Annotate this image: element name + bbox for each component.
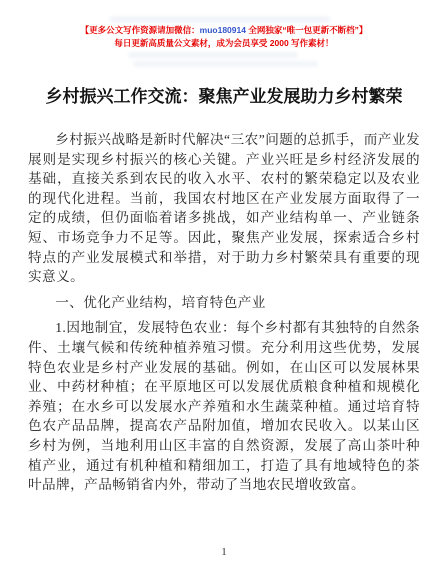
page-number: 1	[0, 546, 448, 558]
promo-header: 【更多公文写作资源请加微信：muo180914 全网独家“唯一包更新不断档”】 …	[0, 24, 448, 50]
faded-watermark-line	[133, 61, 318, 67]
document-page: 【更多公文写作资源请加微信：muo180914 全网独家“唯一包更新不断档”】 …	[0, 0, 448, 580]
promo-header-line1: 【更多公文写作资源请加微信：muo180914 全网独家“唯一包更新不断档”】	[0, 24, 448, 37]
document-body: 乡村振兴战略是新时代解决“三农”问题的总抓手，而产业发展则是实现乡村振兴的核心关…	[28, 130, 420, 501]
paragraph-intro: 乡村振兴战略是新时代解决“三农”问题的总抓手，而产业发展则是实现乡村振兴的核心关…	[28, 130, 420, 287]
document-title: 乡村振兴工作交流：聚焦产业发展助力乡村繁荣	[34, 84, 414, 110]
promo-header-line2: 每日更新高质量公文素材，成为会员享受 2000 写作素材！	[0, 37, 448, 50]
faded-watermark-line	[128, 52, 298, 58]
section-heading-1: 一、优化产业结构，培育特色产业	[28, 293, 420, 313]
wechat-id-text: muo180914	[200, 25, 246, 35]
promo-prefix-text: 【更多公文写作资源请加微信：	[81, 25, 200, 35]
promo-suffix-text: 全网独家“唯一包更新不断档”】	[246, 25, 367, 35]
faded-watermark-line	[110, 16, 330, 23]
paragraph-section1-point1: 1.因地制宜，发展特色农业：每个乡村都有其独特的自然条件、土壤气候和传统种植养殖…	[28, 318, 420, 494]
